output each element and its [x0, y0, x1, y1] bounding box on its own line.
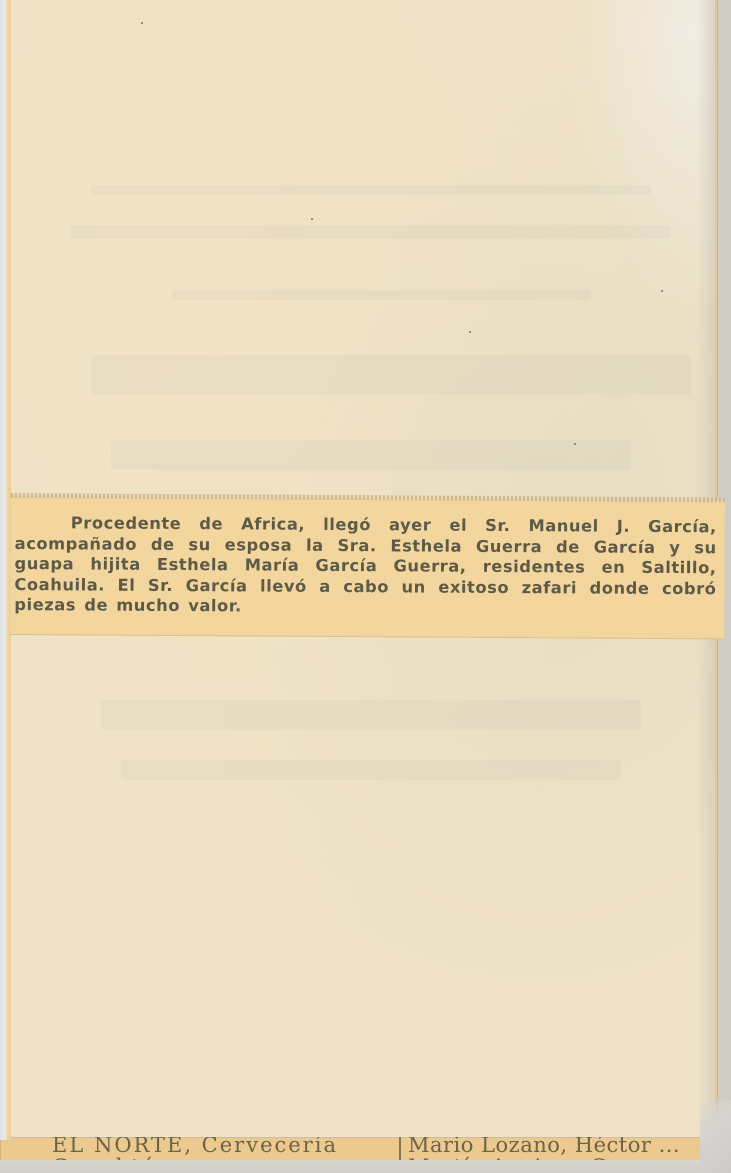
paper-speck [141, 22, 143, 24]
bleed-through-line [71, 225, 671, 239]
clipping-paragraph: Procedente de Africa, llegó ayer el Sr. … [14, 513, 717, 620]
bleed-through-line [171, 290, 591, 300]
torn-bottom-edge [0, 1160, 731, 1173]
bleed-through-line [101, 700, 641, 730]
bleed-through-line [111, 440, 631, 470]
bleed-through-line [121, 760, 621, 780]
paper-speck [661, 290, 663, 292]
bleed-through-line [91, 185, 651, 195]
backing-left-line-1: EL NORTE, Cervecería [52, 1137, 338, 1156]
paper-speck [469, 331, 471, 333]
newspaper-clipping: Procedente de Africa, llegó ayer el Sr. … [10, 496, 725, 638]
clipping-article: Procedente de Africa, llegó ayer el Sr. … [14, 513, 717, 620]
torn-corner [700, 1100, 731, 1173]
paper-speck [574, 443, 576, 445]
scan-glare [565, 0, 715, 320]
backing-right-line-1: Mario Lozano, Héctor ... [408, 1137, 680, 1156]
paper-speck [311, 218, 313, 220]
bleed-through-line [91, 355, 691, 395]
